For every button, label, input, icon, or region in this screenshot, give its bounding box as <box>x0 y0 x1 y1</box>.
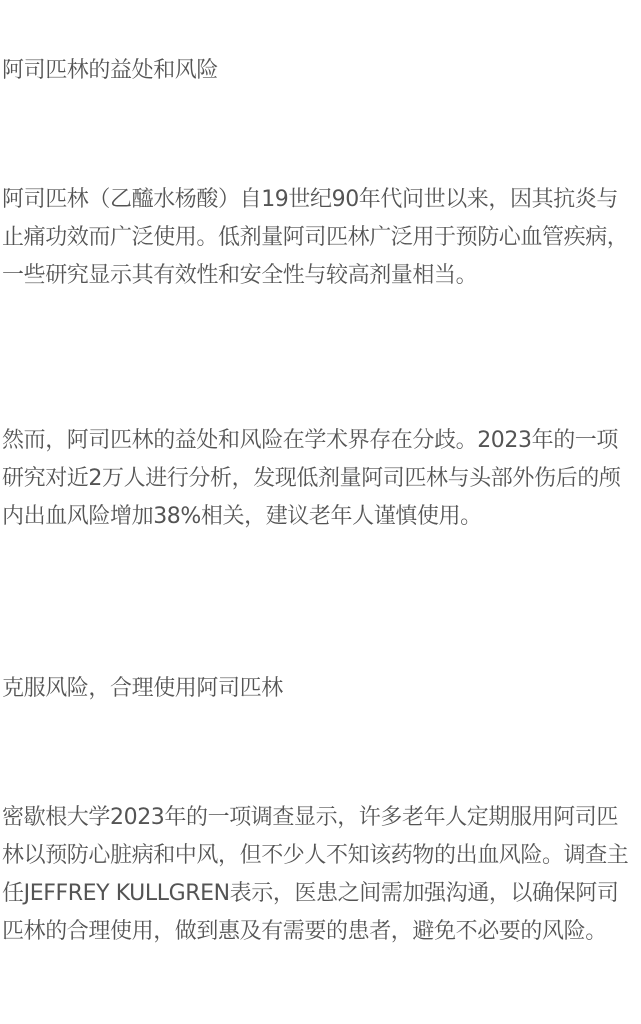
paragraph-controversy: 然而，阿司匹林的益处和风险在学术界存在分歧。2023年的一项研究对近2万人进行分… <box>2 422 634 536</box>
paragraph-michigan-survey: 密歇根大学2023年的一项调查显示，许多老年人定期服用阿司匹林以预防心脏病和中风… <box>2 799 634 951</box>
section-heading-benefits-risks: 阿司匹林的益处和风险 <box>2 52 634 90</box>
paragraph-aspirin-history: 阿司匹林（乙醯水杨酸）自19世纪90年代问世以来，因其抗炎与止痛功效而广泛使用。… <box>2 181 634 295</box>
section-heading-overcome-risks: 克服风险，合理使用阿司匹林 <box>2 670 634 708</box>
